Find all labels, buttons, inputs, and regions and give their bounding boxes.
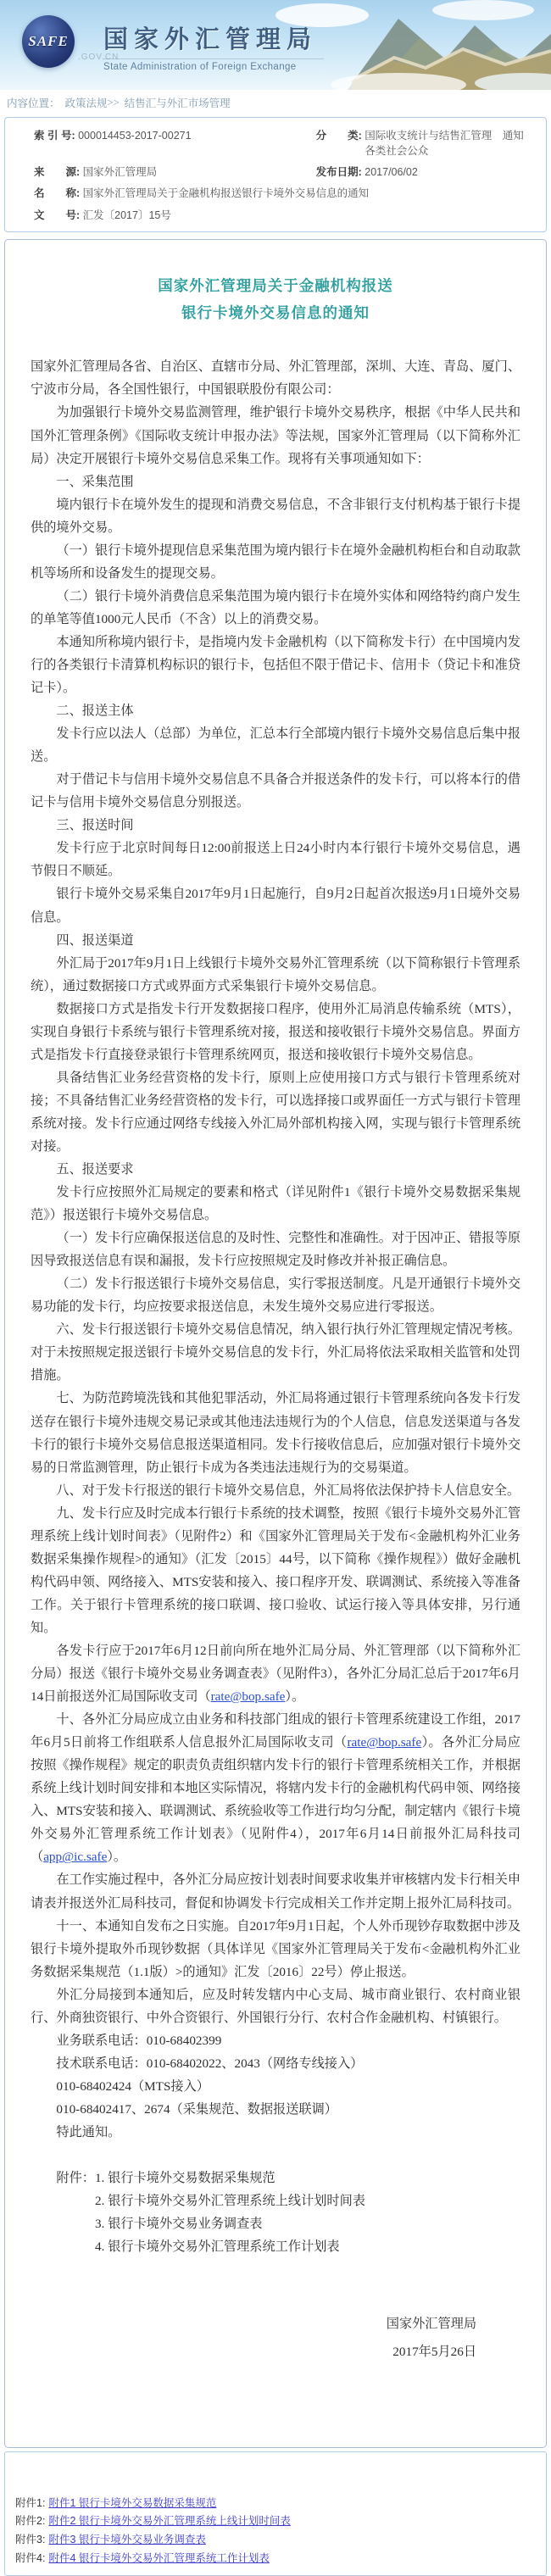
body-paragraph: 二、报送主体 bbox=[31, 699, 520, 722]
attachment-link[interactable]: 附件1 银行卡境外交易数据采集规范 bbox=[48, 2497, 216, 2509]
signature-date: 2017年5月26日 bbox=[31, 2339, 476, 2367]
email-link[interactable]: app@ic.safe bbox=[43, 1850, 107, 1864]
body-paragraph: 业务联系电话：010-68402399 bbox=[31, 2029, 520, 2052]
email-link[interactable]: rate@bop.safe bbox=[347, 1735, 421, 1750]
body-paragraph: 三、报送时间 bbox=[31, 814, 520, 837]
page: SAFE .GOV.CN 国家外汇管理局 State Administratio… bbox=[0, 0, 551, 2576]
body-paragraph: 对于借记卡与信用卡境外交易信息不具备合并报送条件的发卡行，可以将本行的借记卡与信… bbox=[31, 768, 520, 814]
body-paragraph: 数据接口方式是指发卡行开发数据接口程序，使用外汇局消息传输系统（MTS），实现自… bbox=[31, 998, 520, 1066]
body-paragraph: 具备结售汇业务经营资格的发卡行，原则上应使用接口方式与银行卡管理系统对接；不具备… bbox=[31, 1066, 520, 1158]
body-paragraph: 境内银行卡在境外发生的提现和消费交易信息，不含非银行支付机构基于银行卡提供的境外… bbox=[31, 493, 520, 539]
body-paragraph: 附件：1. 银行卡境外交易数据采集规范 bbox=[31, 2167, 520, 2189]
signature-organization: 国家外汇管理局 bbox=[31, 2311, 476, 2339]
site-title-english: State Administration of Foreign Exchange bbox=[103, 58, 324, 72]
attachment-row: 附件1:附件1 银行卡境外交易数据采集规范 bbox=[15, 2495, 537, 2513]
attachment-label: 附件2: bbox=[15, 2515, 45, 2527]
body-paragraph: 发卡行应于北京时间每日12:00前报送上日24小时内本行银行卡境外交易信息，遇节… bbox=[31, 837, 520, 882]
attachment-label: 附件3: bbox=[15, 2534, 45, 2545]
site-banner: SAFE .GOV.CN 国家外汇管理局 State Administratio… bbox=[0, 0, 551, 90]
body-paragraph: 十、各外汇分局应成立由业务和科技部门组成的银行卡管理系统建设工作组，2017年6… bbox=[31, 1708, 520, 1868]
document-title-line1: 国家外汇管理局关于金融机构报送 bbox=[31, 272, 520, 299]
body-paragraph: 各发卡行应于2017年6月12日前向所在地外汇局分局、外汇管理部（以下简称外汇分… bbox=[31, 1639, 520, 1708]
body-paragraph: 国家外汇管理局各省、自治区、直辖市分局、外汇管理部，深圳、大连、青岛、厦门、宁波… bbox=[31, 355, 520, 401]
body-paragraph: 外汇分局接到本通知后，应及时转发辖内中心支局、城市商业银行、农村商业银行、外商独… bbox=[31, 1983, 520, 2029]
body-paragraph: 技术联系电话：010-68402022、2043（网络专线接入） bbox=[31, 2052, 520, 2075]
attachment-row: 附件3:附件3 银行卡境外交易业务调查表 bbox=[15, 2531, 537, 2550]
body-paragraph: 4. 银行卡境外交易外汇管理系统工作计划表 bbox=[31, 2235, 520, 2258]
attachment-row: 附件4:附件4 银行卡境外交易外汇管理系统工作计划表 bbox=[15, 2550, 537, 2568]
body-paragraph: 七、为防范跨境洗钱和其他犯罪活动，外汇局将通过银行卡管理系统向各发卡行发送存在银… bbox=[31, 1387, 520, 1478]
safe-logo: SAFE bbox=[22, 15, 75, 68]
document-content-box: 国家外汇管理局关于金融机构报送 银行卡境外交易信息的通知 国家外汇管理局各省、自… bbox=[4, 239, 547, 2448]
attachment-links-box: 附件1:附件1 银行卡境外交易数据采集规范附件2:附件2 银行卡境外交易外汇管理… bbox=[4, 2451, 547, 2576]
body-paragraph: 为加强银行卡境外交易监测管理，维护银行卡境外交易秩序，根据《中华人民共和国外汇管… bbox=[31, 401, 520, 470]
document-metadata-box: 索 引 号: 000014453-2017-00271 分 类: 国际收支统计与… bbox=[4, 117, 547, 232]
body-paragraph: 本通知所称境内银行卡，是指境内发卡金融机构（以下简称发卡行）在中国境内发行的各类… bbox=[31, 631, 520, 699]
body-paragraph: 一、采集范围 bbox=[31, 470, 520, 493]
body-paragraph: 八、对于发卡行报送的银行卡境外交易信息，外汇局将依法保护持卡人信息安全。 bbox=[31, 1479, 520, 1502]
breadcrumb-link-section[interactable]: 结售汇与外汇市场管理 bbox=[125, 95, 231, 110]
attachment-link[interactable]: 附件4 银行卡境外交易外汇管理系统工作计划表 bbox=[48, 2552, 269, 2564]
body-paragraph: 九、发卡行应及时完成本行银行卡系统的技术调整，按照《银行卡境外交易外汇管理系统上… bbox=[31, 1502, 520, 1639]
document-title: 国家外汇管理局关于金融机构报送 银行卡境外交易信息的通知 bbox=[31, 272, 520, 327]
body-paragraph: （一）银行卡境外提现信息采集范围为境内银行卡在境外金融机构柜台和自动取款机等场所… bbox=[31, 539, 520, 585]
body-paragraph: 特此通知。 bbox=[31, 2121, 520, 2144]
body-paragraph: 外汇局于2017年9月1日上线银行卡境外交易外汇管理系统（以下简称银行卡管理系统… bbox=[31, 952, 520, 998]
breadcrumb-link-policies[interactable]: 政策法规 bbox=[65, 95, 108, 110]
meta-publish-date: 发布日期: 2017/06/02 bbox=[316, 164, 537, 180]
document-body: 国家外汇管理局各省、自治区、直辖市分局、外汇管理部，深圳、大连、青岛、厦门、宁波… bbox=[31, 355, 520, 2258]
body-paragraph: 发卡行应以法人（总部）为单位，汇总本行全部境内银行卡境外交易信息后集中报送。 bbox=[31, 722, 520, 768]
email-link[interactable]: rate@bop.safe bbox=[211, 1689, 286, 1704]
document-title-line2: 银行卡境外交易信息的通知 bbox=[31, 299, 520, 326]
attachment-link[interactable]: 附件2 银行卡境外交易外汇管理系统上线计划时间表 bbox=[48, 2515, 290, 2527]
breadcrumb-separator: >> bbox=[108, 97, 120, 109]
body-paragraph: 3. 银行卡境外交易业务调查表 bbox=[31, 2212, 520, 2235]
body-paragraph: （一）发卡行应确保报送信息的及时性、完整性和准确性。对于因冲正、错报等原因导致报… bbox=[31, 1227, 520, 1272]
attachment-label: 附件4: bbox=[15, 2552, 45, 2564]
body-paragraph: 2. 银行卡境外交易外汇管理系统上线计划时间表 bbox=[31, 2189, 520, 2212]
safe-logo-text: SAFE bbox=[28, 33, 68, 50]
breadcrumb-label: 内容位置： bbox=[7, 95, 60, 110]
meta-document-name: 名 称: 国家外汇管理局关于金融机构报送银行卡境外交易信息的通知 bbox=[34, 186, 537, 201]
meta-index-number: 索 引 号: 000014453-2017-00271 bbox=[34, 128, 316, 159]
body-paragraph: （二）发卡行报送银行卡境外交易信息，实行零报送制度。凡是开通银行卡境外交易功能的… bbox=[31, 1272, 520, 1318]
body-paragraph: （二）银行卡境外消费信息采集范围为境内银行卡在境外实体和网络特约商户发生的单笔等… bbox=[31, 585, 520, 631]
attachment-label: 附件1: bbox=[15, 2497, 45, 2509]
meta-source: 来 源: 国家外汇管理局 bbox=[34, 164, 316, 180]
body-paragraph: 010-68402424（MTS接入） bbox=[31, 2075, 520, 2098]
body-paragraph: 五、报送要求 bbox=[31, 1158, 520, 1181]
body-paragraph: 四、报送渠道 bbox=[31, 929, 520, 952]
body-paragraph: 在工作实施过程中，各外汇分局应按计划表时间要求收集并审核辖内发卡行相关申请表并报… bbox=[31, 1868, 520, 1914]
body-paragraph: 发卡行应按照外汇局规定的要素和格式（详见附件1《银行卡境外交易数据采集规范》）报… bbox=[31, 1181, 520, 1227]
breadcrumb: 内容位置： 政策法规 >> 结售汇与外汇市场管理 bbox=[0, 90, 551, 115]
meta-document-number: 文 号: 汇发〔2017〕15号 bbox=[34, 208, 537, 223]
body-paragraph: 010-68402417、2674（采集规范、数据报送联调） bbox=[31, 2098, 520, 2121]
site-title-chinese: 国家外汇管理局 bbox=[103, 20, 324, 55]
body-paragraph: 六、发卡行报送银行卡境外交易信息情况，纳入银行执行外汇管理规定情况考核。对于未按… bbox=[31, 1318, 520, 1387]
signature-block: 国家外汇管理局 2017年5月26日 bbox=[31, 2311, 520, 2446]
body-paragraph: 十一、本通知自发布之日实施。自2017年9月1日起，个人外币现钞存取数据中涉及银… bbox=[31, 1915, 520, 1983]
attachment-link[interactable]: 附件3 银行卡境外交易业务调查表 bbox=[48, 2534, 205, 2545]
attachment-row: 附件2:附件2 银行卡境外交易外汇管理系统上线计划时间表 bbox=[15, 2512, 537, 2531]
body-paragraph: 银行卡境外交易采集自2017年9月1日起施行，自9月2日起首次报送9月1日境外交… bbox=[31, 882, 520, 928]
meta-category: 分 类: 国际收支统计与结售汇管理 通知 各类社会公众 bbox=[316, 128, 537, 159]
